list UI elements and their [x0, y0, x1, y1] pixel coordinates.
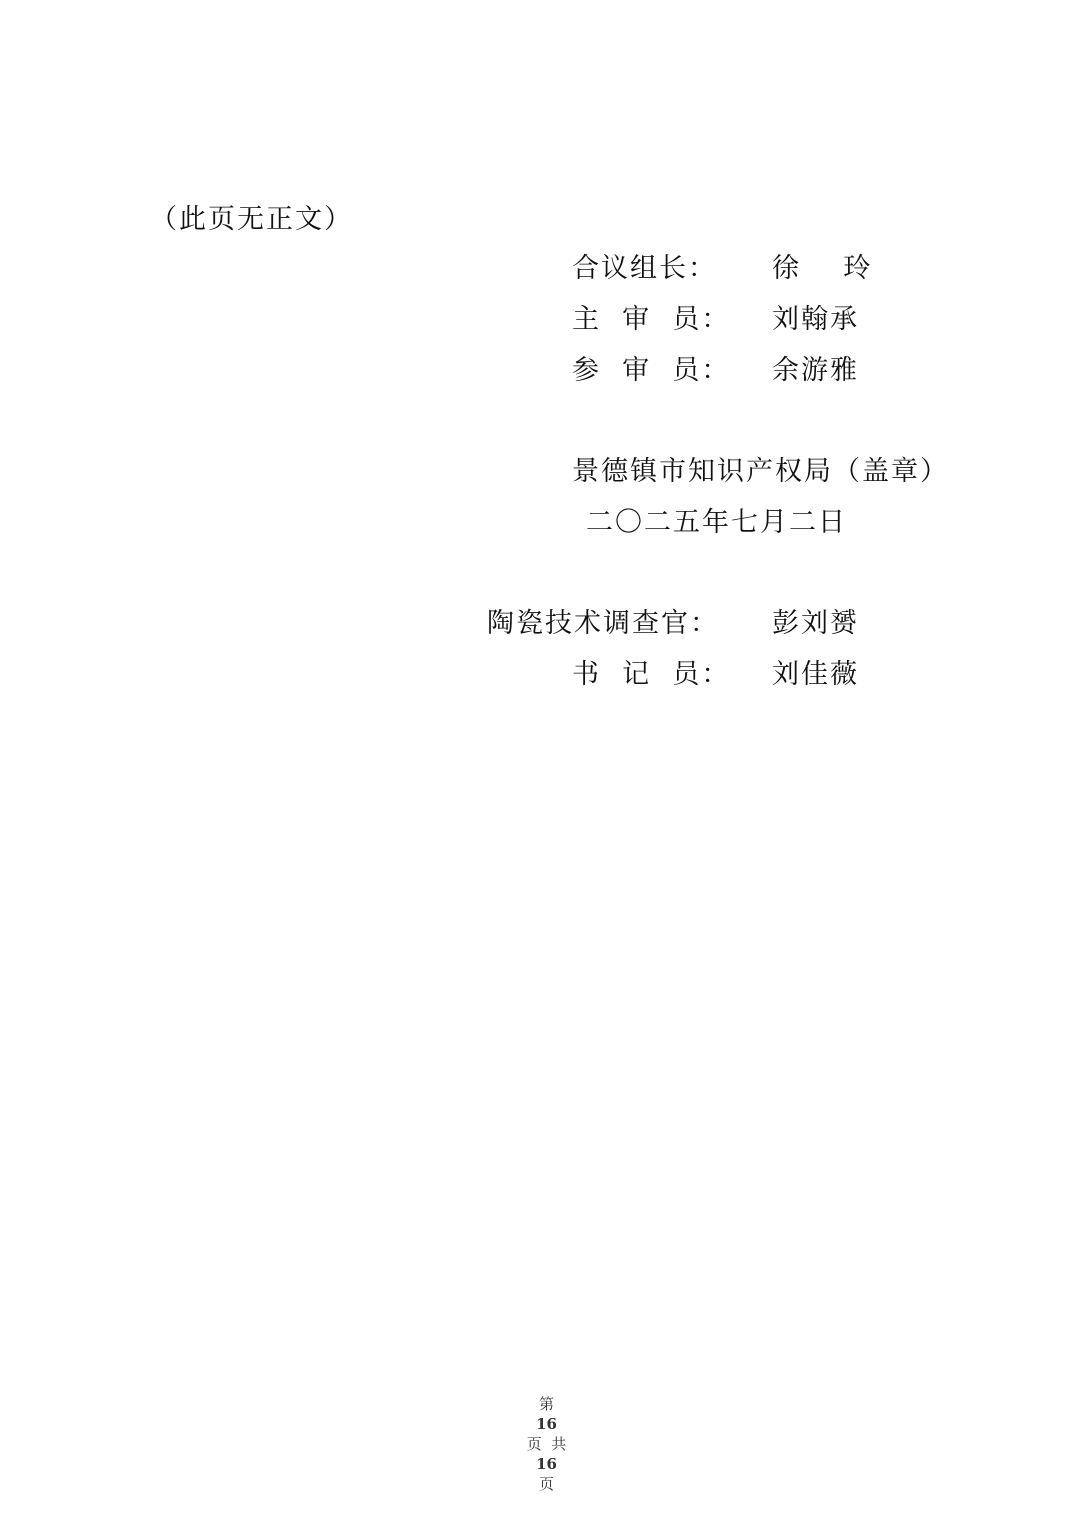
clerk-label: 书 记 员： [572, 658, 730, 692]
panel-associate-judge-label: 参 审 员： [572, 354, 730, 388]
document-page: （此页无正文） 合议组长： 徐 玲 主 审 员： 刘翰承 参 审 员： 余游雅 … [0, 0, 1074, 1520]
panel-lead-judge-name: 刘翰承 [772, 303, 859, 337]
clerk-name: 刘佳薇 [772, 658, 859, 692]
panel-chief-label: 合议组长： [572, 252, 717, 286]
footer-suffix: 页 [539, 1475, 554, 1493]
panel-chief-name: 徐 玲 [772, 252, 872, 286]
issuing-agency: 景德镇市知识产权局（盖章） [572, 455, 949, 489]
no-body-note: （此页无正文） [150, 203, 353, 237]
footer-middle: 页 共 [527, 1435, 567, 1453]
footer-current-page: 16 [536, 1415, 557, 1433]
panel-lead-judge-label: 主 审 员： [572, 303, 730, 337]
footer-total-pages: 16 [536, 1455, 557, 1473]
page-footer: 第 16 页 共 16 页 [0, 1374, 1074, 1514]
technical-investigator-label: 陶瓷技术调查官： [487, 607, 719, 641]
footer-prefix: 第 [539, 1395, 554, 1413]
technical-investigator-name: 彭刘赟 [772, 607, 859, 641]
panel-associate-judge-name: 余游雅 [772, 354, 859, 388]
issue-date: 二〇二五年七月二日 [586, 506, 847, 540]
